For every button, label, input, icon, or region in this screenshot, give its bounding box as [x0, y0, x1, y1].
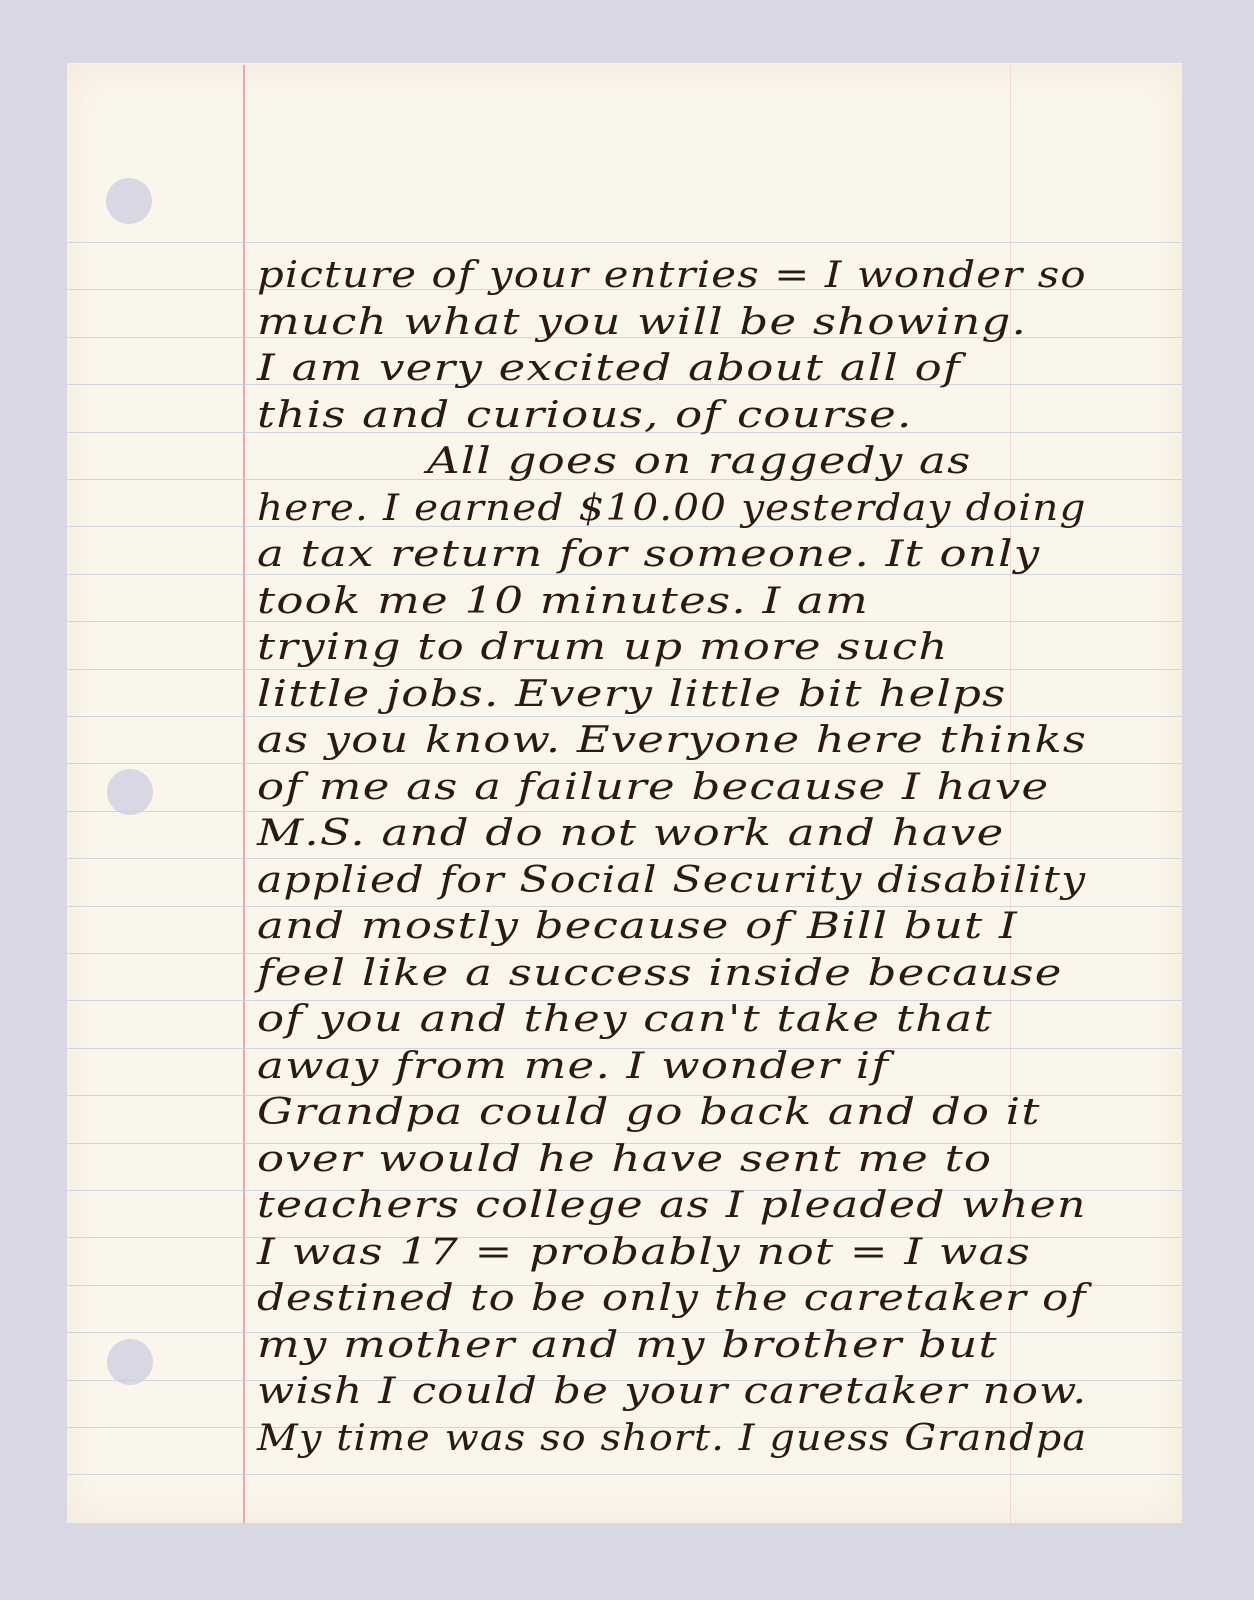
handwritten-line: My time was so short. I guess Grandpa — [257, 1418, 1087, 1465]
handwritten-line: a tax return for someone. It only — [257, 534, 1040, 581]
handwritten-line: of you and they can't take that — [257, 999, 993, 1046]
handwritten-line: of me as a failure because I have — [257, 767, 1049, 814]
rule-line — [67, 1474, 1182, 1475]
handwritten-line: took me 10 minutes. I am — [257, 581, 869, 628]
handwritten-line: Grandpa could go back and do it — [257, 1092, 1041, 1139]
handwritten-line: applied for Social Security disability — [257, 860, 1086, 907]
handwritten-line: trying to drum up more such — [257, 627, 949, 674]
handwritten-line: I am very excited about all of — [257, 348, 961, 395]
rule-line — [67, 242, 1182, 243]
handwritten-line: away from me. I wonder if — [257, 1046, 889, 1093]
punch-hole-middle — [107, 769, 153, 815]
red-margin-line — [243, 65, 245, 1523]
handwritten-line: this and curious, of course. — [257, 395, 913, 442]
handwritten-line: over would he have sent me to — [257, 1139, 992, 1186]
handwritten-line: destined to be only the caretaker of — [257, 1278, 1087, 1325]
handwritten-line: here. I earned $10.00 yesterday doing — [257, 488, 1087, 535]
handwritten-line: wish I could be your caretaker now. — [257, 1371, 1087, 1418]
handwritten-line: I was 17 = probably not = I was — [257, 1232, 1031, 1279]
handwritten-line: and mostly because of Bill but I — [257, 906, 1018, 953]
handwritten-line: teachers college as I pleaded when — [257, 1185, 1087, 1232]
handwritten-line: All goes on raggedy as — [427, 441, 971, 488]
handwritten-line: little jobs. Every little bit helps — [257, 674, 1006, 721]
punch-hole-top — [106, 178, 152, 224]
handwritten-line: my mother and my brother but — [257, 1325, 998, 1372]
punch-hole-bottom — [107, 1339, 153, 1385]
lined-paper-sheet: picture of your entries = I wonder somuc… — [67, 63, 1182, 1523]
handwritten-line: as you know. Everyone here thinks — [257, 720, 1087, 767]
handwritten-line: feel like a success inside because — [257, 953, 1063, 1000]
handwritten-line: picture of your entries = I wonder so — [257, 255, 1087, 302]
handwritten-line: M.S. and do not work and have — [257, 813, 1005, 860]
handwritten-line: much what you will be showing. — [257, 302, 1027, 349]
